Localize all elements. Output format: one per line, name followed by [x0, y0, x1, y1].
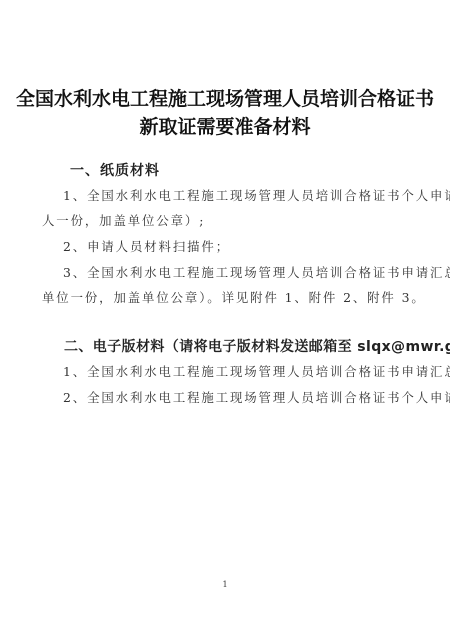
section-heading-electronic-materials: 二、电子版材料（请将电子版材料发送邮箱至 slqx@mwr.gov.cn） [64, 336, 450, 356]
document-title-line-2: 新取证需要准备材料 [0, 112, 450, 139]
document-title-line-1: 全国水利水电工程施工现场管理人员培训合格证书 [0, 84, 450, 111]
electronic-item-2: 2、全国水利水电工程施工现场管理人员培训合格证书个人申请表。 [63, 388, 450, 406]
paper-item-3-line-1: 3、全国水利水电工程施工现场管理人员培训合格证书申请汇总表（一 [63, 263, 450, 281]
page-number: 1 [0, 580, 450, 589]
electronic-item-1: 1、全国水利水电工程施工现场管理人员培训合格证书申请汇总表。 [63, 362, 450, 380]
paper-item-1-line-2: 人一份，加盖单位公章）; [42, 211, 205, 229]
paper-item-3-line-2: 单位一份，加盖单位公章）。详见附件 1、附件 2、附件 3。 [42, 288, 426, 306]
document-page: 全国水利水电工程施工现场管理人员培训合格证书 新取证需要准备材料 一、纸质材料 … [0, 0, 450, 636]
paper-item-1-line-1: 1、全国水利水电工程施工现场管理人员培训合格证书个人申请表（一 [63, 186, 450, 204]
section-heading-paper-materials: 一、纸质材料 [70, 160, 160, 180]
paper-item-2-line-1: 2、申请人员材料扫描件； [63, 237, 230, 255]
